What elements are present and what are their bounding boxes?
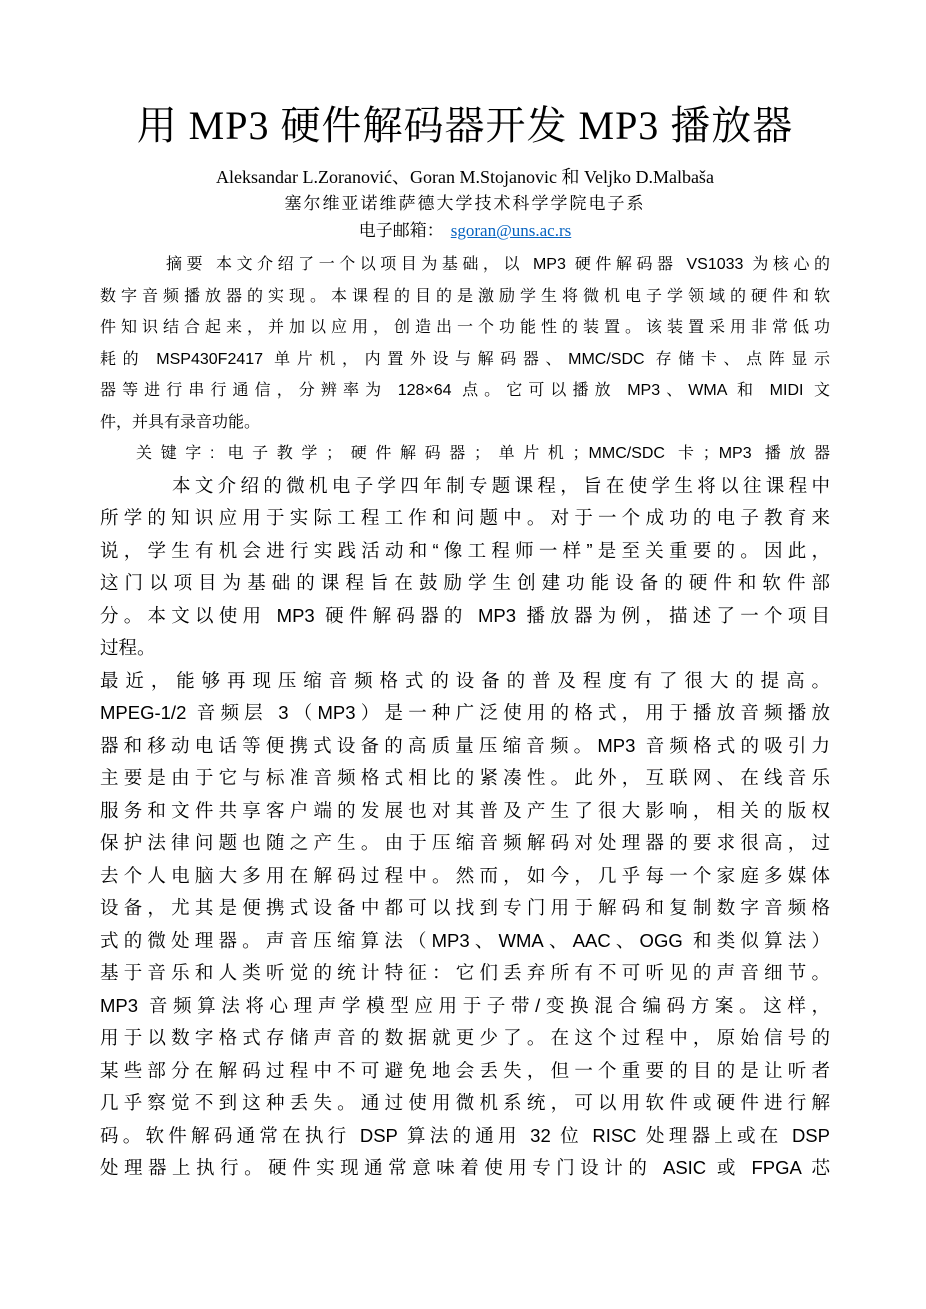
- text-line: 所学的知识应用于实际工程工作和问题中。对于一个成功的电子教育来: [100, 502, 830, 535]
- text-line: 最近，能够再现压缩音频格式的设备的普及程度有了很大的提高。: [100, 665, 830, 698]
- text-line: 几乎察觉不到这种丢失。通过使用微机系统，可以用软件或硬件进行解: [100, 1087, 830, 1120]
- text-line: 器等进行串行通信，分辨率为 128×64 点。它可以播放 MP3、WMA 和 M…: [100, 375, 830, 407]
- text-line: 保护法律问题也随之产生。由于压缩音频解码对处理器的要求很高，过: [100, 827, 830, 860]
- text-line: 式的微处理器。声音压缩算法（MP3、WMA、AAC、OGG 和类似算法）: [100, 925, 830, 958]
- body-section: 本文介绍的微机电子学四年制专题课程，旨在使学生将以往课程中所学的知识应用于实际工…: [100, 470, 830, 1185]
- authors-line: Aleksandar L.Zoranović、Goran M.Stojanovi…: [100, 165, 830, 189]
- text-line: 数字音频播放器的实现。本课程的目的是激励学生将微机电子学领域的硬件和软: [100, 281, 830, 313]
- text-line: MP3 音频算法将心理声学模型应用于子带/变换混合编码方案。这样，: [100, 990, 830, 1023]
- text-line: 件知识结合起来，并加以应用，创造出一个功能性的装置。该装置采用非常低功: [100, 312, 830, 344]
- text-line: 本文介绍的微机电子学四年制专题课程，旨在使学生将以往课程中: [100, 470, 830, 503]
- text-line: 过程。: [100, 632, 830, 665]
- abstract-section: 摘要 本文介绍了一个以项目为基础，以 MP3 硬件解码器 VS1033 为核心的…: [100, 249, 830, 470]
- email-line: 电子邮箱：sgoran@uns.ac.rs: [100, 219, 830, 243]
- email-link[interactable]: sgoran@uns.ac.rs: [451, 221, 571, 240]
- affiliation-line: 塞尔维亚诺维萨德大学技术科学学院电子系: [100, 192, 830, 216]
- text-line: 件，并具有录音功能。: [100, 407, 830, 439]
- text-line: 用于以数字格式存储声音的数据就更少了。在这个过程中，原始信号的: [100, 1022, 830, 1055]
- text-line: 摘要 本文介绍了一个以项目为基础，以 MP3 硬件解码器 VS1033 为核心的: [100, 249, 830, 281]
- paper-title: 用 MP3 硬件解码器开发 MP3 播放器: [100, 100, 830, 152]
- text-line: 设备，尤其是便携式设备中都可以找到专门用于解码和复制数字音频格: [100, 892, 830, 925]
- text-line: 耗的 MSP430F2417 单片机，内置外设与解码器、MMC/SDC 存储卡、…: [100, 344, 830, 376]
- text-line: 处理器上执行。硬件实现通常意味着使用专门设计的 ASIC 或 FPGA 芯: [100, 1152, 830, 1185]
- text-line: 分。本文以使用 MP3 硬件解码器的 MP3 播放器为例，描述了一个项目: [100, 600, 830, 633]
- text-line: 码。软件解码通常在执行 DSP 算法的通用 32 位 RISC 处理器上或在 D…: [100, 1120, 830, 1153]
- text-line: 关键字: 电子教学；硬件解码器；单片机；MMC/SDC 卡；MP3 播放器: [100, 438, 830, 470]
- text-line: 主要是由于它与标准音频格式相比的紧凑性。此外，互联网、在线音乐: [100, 762, 830, 795]
- text-line: 某些部分在解码过程中不可避免地会丢失，但一个重要的目的是让听者: [100, 1055, 830, 1088]
- text-line: 说，学生有机会进行实践活动和“像工程师一样”是至关重要的。因此，: [100, 535, 830, 568]
- text-line: 器和移动电话等便携式设备的高质量压缩音频。MP3 音频格式的吸引力: [100, 730, 830, 763]
- text-line: 去个人电脑大多用在解码过程中。然而，如今，几乎每一个家庭多媒体: [100, 860, 830, 893]
- document-content: 用 MP3 硬件解码器开发 MP3 播放器 Aleksandar L.Zoran…: [100, 0, 830, 1185]
- text-line: 基于音乐和人类听觉的统计特征：它们丢弃所有不可听见的声音细节。: [100, 957, 830, 990]
- text-line: 这门以项目为基础的课程旨在鼓励学生创建功能设备的硬件和软件部: [100, 567, 830, 600]
- document-page: 用 MP3 硬件解码器开发 MP3 播放器 Aleksandar L.Zoran…: [0, 0, 926, 1309]
- email-label: 电子邮箱：: [359, 221, 444, 240]
- text-line: MPEG-1/2 音频层 3（MP3）是一种广泛使用的格式，用于播放音频播放: [100, 697, 830, 730]
- text-line: 服务和文件共享客户端的发展也对其普及产生了很大影响，相关的版权: [100, 795, 830, 828]
